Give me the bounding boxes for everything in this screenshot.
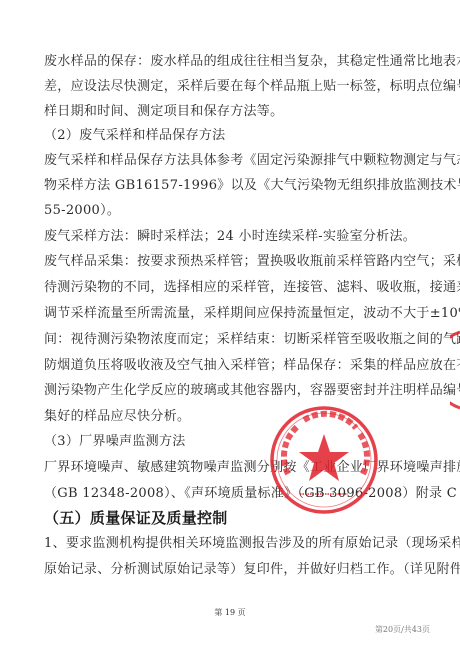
body-text-line: 废气采样和样品保存方法具体参考《固定污染源排气中颗粒物测定与气态污染: [44, 153, 416, 169]
section-heading: （五）质量保证及质量控制: [44, 510, 416, 526]
body-text-line: 调节采样流量至所需流量，采样期间应保持流量恒定，波动不大于±10%。采样时: [44, 306, 416, 322]
body-text-line: 防烟道负压将吸收液及空气抽入采样管；样品保存：采集的样品应放在不与被: [44, 358, 416, 374]
body-text-line: 1、要求监测机构提供相关环境监测报告涉及的所有原始记录（现场采样、监测: [44, 536, 416, 552]
page-number: 第 19 页: [0, 607, 460, 618]
body-text-line: 待测污染物的不同，选择相应的采样管，连接管、滤料、吸收瓶，接通采样管路，: [44, 280, 416, 296]
body-text-line: 差，应设法尽快测定，采样后要在每个样品瓶上贴一标签，标明点位编号、采: [44, 79, 416, 95]
body-text-line: 废气采样方法：瞬时采样法；24 小时连续采样-实验室分析法。: [44, 229, 416, 245]
body-text-line: 样日期和时间、测定项目和保存方法等。: [44, 104, 416, 120]
body-text-line: 集好的样品应尽快分析。: [44, 409, 416, 425]
subsection-heading: （3）厂界噪声监测方法: [44, 434, 416, 450]
body-text-line: 厂界环境噪声、敏感建筑物噪声监测分别按《工业企业厂界环境噪声排放标准》: [44, 460, 416, 476]
body-text-line: 物采样方法 GB16157-1996》以及《大气污染物无组织排放监测技术导则》（…: [44, 178, 416, 194]
body-text-line: 55-2000）。: [44, 203, 416, 219]
body-text-line: 废水样品的保存：废水样品的组成往往相当复杂，其稳定性通常比地表水样更: [44, 54, 416, 70]
body-text-line: 间：视待测污染物浓度而定；采样结束：切断采样管至吸收瓶之间的气路，以: [44, 332, 416, 348]
body-text-line: 废气样品采集：按要求预热采样管；置换吸收瓶前采样管路内空气；采样根据: [44, 254, 416, 270]
pdf-page-counter: 第20页/共43页: [375, 624, 430, 635]
body-text-line: 测污染物产生化学反应的玻璃或其他容器内，容器要密封并注明样品编号，采: [44, 383, 416, 399]
body-text-line: （GB 12348-2008）、《声环境质量标准》（GB 3096-2008）附…: [44, 486, 416, 502]
subsection-heading: （2）废气采样和样品保存方法: [44, 128, 416, 144]
document-page: 废水样品的保存：废水样品的组成往往相当复杂，其稳定性通常比地表水样更 差，应设法…: [0, 0, 460, 650]
body-text-line: 原始记录、分析测试原始记录等）复印件，并做好归档工作。（详见附件）: [44, 562, 416, 578]
